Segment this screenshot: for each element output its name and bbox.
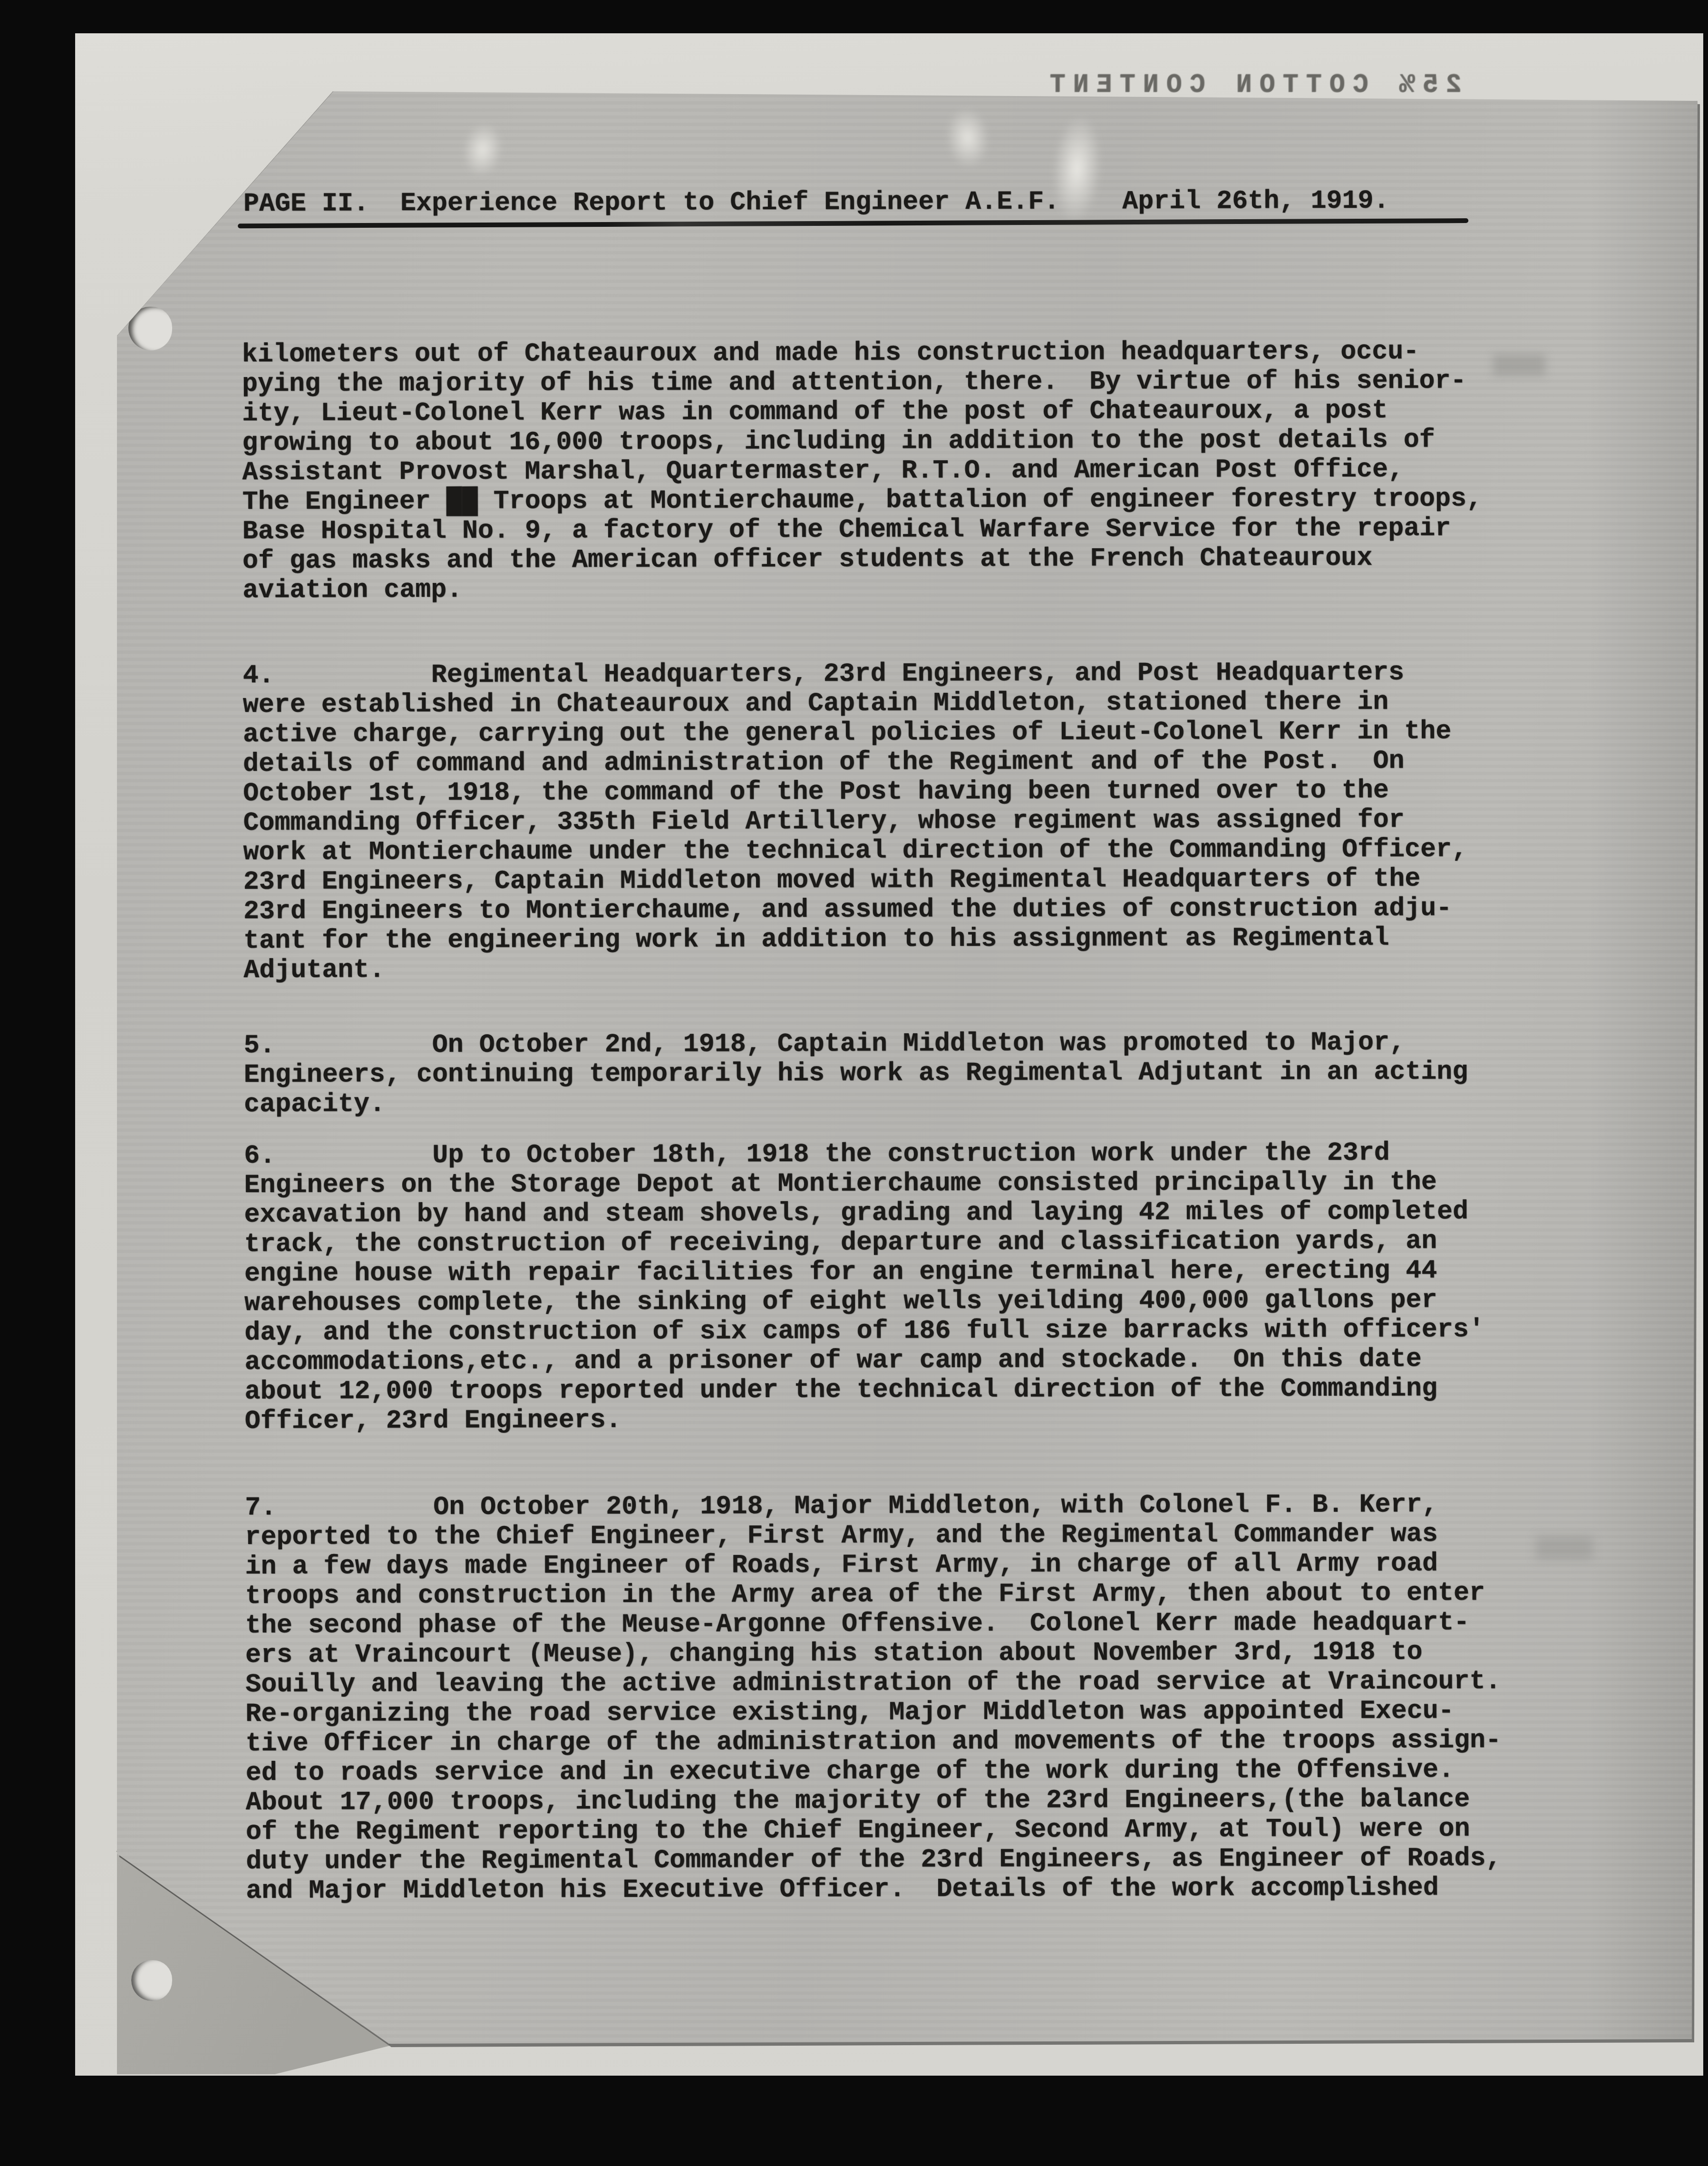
- paragraph-continuation: kilometers out of Chateauroux and made h…: [242, 337, 1483, 605]
- paragraph-6: 6. Up to October 18th, 1918 the construc…: [244, 1138, 1485, 1436]
- punch-hole-bottom: [131, 1960, 172, 2001]
- paragraph-7: 7. On October 20th, 1918, Major Middleto…: [245, 1490, 1502, 1906]
- scanned-page: 25% COTTON CONTENT PAGE II. Experience R…: [0, 0, 1708, 2166]
- paragraph-5: 5. On October 2nd, 1918, Captain Middlet…: [244, 1028, 1468, 1119]
- paragraph-4: 4. Regimental Headquarters, 23rd Enginee…: [243, 658, 1468, 985]
- document-sheet: PAGE II. Experience Report to Chief Engi…: [0, 0, 1708, 2166]
- header-underline: [238, 218, 1468, 228]
- typewritten-text: PAGE II. Experience Report to Chief Engi…: [0, 0, 1708, 2166]
- page-header-title: PAGE II. Experience Report to Chief Engi…: [243, 186, 1389, 219]
